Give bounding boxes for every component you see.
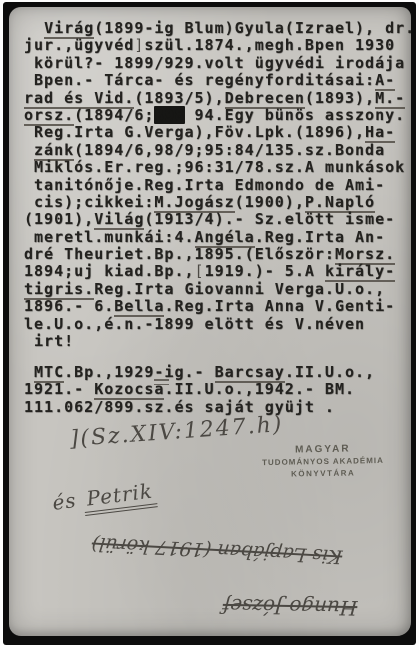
handwritten-shelfmark: ](Sz.XIV:1247.h) xyxy=(69,412,284,452)
typed-line: rad és Vid.(1893/5),Debrecen(1893),M.- xyxy=(24,90,407,107)
handwritten-crossed-note-upside-down: Kis Lapjában (1917 körül) xyxy=(56,531,378,570)
text-segment: 1896.- 6. xyxy=(24,297,114,315)
typed-line: Virág(1899-ig Blum)Gyula(Izrael), dr. xyxy=(24,20,407,37)
typed-line: (1901),Világ(1913/4).- Sz.elött isme- xyxy=(24,211,407,228)
text-segment: 94.Egy bünös asszony. xyxy=(185,106,406,124)
typed-line: irt! xyxy=(24,333,407,350)
text-segment: (1901), xyxy=(24,210,94,228)
catalog-card: Virág(1899-ig Blum)Gyula(Izrael), dr.jur… xyxy=(9,7,411,636)
pencil-equals-mark xyxy=(154,379,169,388)
text-segment: 111.062/899.sz.és saját gyüjt . xyxy=(24,398,335,416)
text-segment: (1900), xyxy=(235,193,305,211)
text-segment: dré Theuriet.Bp.,1895.(Először: xyxy=(24,245,335,263)
text-segment: (1893/5), xyxy=(134,89,224,107)
typed-line: 1921.- Kozocsa.II.U.o.,1942.- BM. xyxy=(24,381,407,398)
text-segment: (1893), xyxy=(305,89,375,107)
typed-line: 1894;uj kiad.Bp.,[1919.)- 5.A király- xyxy=(24,263,407,280)
text-segment: Reg.Irta Giovanni Verga.U.o., xyxy=(94,280,385,298)
text-segment: (1913/4).- Sz.elött isme- xyxy=(144,210,395,228)
text-segment: szül.1874.,megh.Bpen 1930 xyxy=(144,36,395,54)
text-segment: (1899-ig Blum)Gyula(Izrael), dr. xyxy=(94,19,415,37)
text-segment: jur.,ügyvéd xyxy=(24,36,134,54)
crossed-note-text: Kis Lapjában (1917 körül) xyxy=(90,532,343,567)
text-segment: irt! xyxy=(24,332,74,350)
text-segment: körül?- 1899/929.volt ügyvédi irodája xyxy=(24,54,405,72)
typed-line: tanitónője.Reg.Irta Edmondo de Ami- xyxy=(24,177,407,194)
blotted-text-segment: 898 xyxy=(154,106,184,124)
typed-line: Bpen.- Tárca- és regényforditásai:A- xyxy=(24,72,407,89)
typed-line: dré Theuriet.Bp.,1895.(Először:Morsz. xyxy=(24,246,407,263)
typed-text-block-sources: MTC.Bp.,1929-ig.- Barcsay.II.U.o.,1921.-… xyxy=(24,364,407,416)
pencil-mark-segment: [ xyxy=(195,262,205,280)
text-segment: Reg.Irta G.Verga),Föv.Lpk.(1896), xyxy=(24,123,365,141)
pencil-mark-segment: ] xyxy=(134,36,144,54)
text-segment: .Reg.Irta An- xyxy=(255,228,385,246)
text-segment: tanitónője.Reg.Irta Edmondo de Ami- xyxy=(24,176,385,194)
text-segment xyxy=(24,141,34,159)
text-segment: 1894;uj kiad.Bp., xyxy=(24,262,195,280)
typed-line: 1896.- 6.Bella.Reg.Irta Anna V.Genti- xyxy=(24,298,407,315)
text-segment: .Bp.,1929-ig.- xyxy=(64,363,214,381)
typed-text-block-biography: Virág(1899-ig Blum)Gyula(Izrael), dr.jur… xyxy=(24,20,407,350)
petrik-prefix: és xyxy=(51,487,85,515)
text-segment xyxy=(24,19,44,37)
text-segment: meretl.munkái:4. xyxy=(24,228,195,246)
text-segment: .II.U.o.,1942.- BM. xyxy=(164,380,355,398)
petrik-underlined: Petrik xyxy=(82,478,158,516)
text-segment: Bpen.- Tárca- és regényforditásai: xyxy=(24,71,375,89)
typed-line: 111.062/899.sz.és saját gyüjt . xyxy=(24,399,407,416)
shelfmark-text: ](Sz.XIV:1247.h) xyxy=(69,412,284,452)
typed-line: körül?- 1899/929.volt ügyvédi irodája xyxy=(24,55,407,72)
text-segment: (1894/6; xyxy=(74,106,154,124)
stamp-line-3: KÖNYVTÁRA xyxy=(255,467,391,481)
text-segment: .Reg.Irta Anna V.Genti- xyxy=(164,297,395,315)
photo-frame: Virág(1899-ig Blum)Gyula(Izrael), dr.jur… xyxy=(0,0,419,650)
typed-line: meretl.munkái:4.Angéla.Reg.Irta An- xyxy=(24,229,407,246)
handwritten-petrik-note: és Petrik xyxy=(51,478,157,514)
text-segment: Miklós.Er.reg.;96:31/78.sz.A munkások xyxy=(24,158,405,176)
text-segment: le.U.o.,é.n.-1899 elött és V.néven xyxy=(24,315,365,333)
typed-line: Miklós.Er.reg.;96:31/78.sz.A munkások xyxy=(24,159,407,176)
text-segment: 1919.)- 5.A xyxy=(205,262,325,280)
typed-line: MTC.Bp.,1929-ig.- Barcsay.II.U.o., xyxy=(24,364,407,381)
typed-line: Reg.Irta G.Verga),Föv.Lpk.(1896),Ha- xyxy=(24,124,407,141)
handwritten-crossed-signature-upside-down: Hungo József xyxy=(190,593,390,620)
text-segment: (1894/6,98/9;95:84/135.sz.Bonda xyxy=(74,141,385,159)
text-segment: .II.U.o., xyxy=(285,363,375,381)
text-segment: cis);cikkei: xyxy=(24,193,154,211)
text-segment xyxy=(24,363,34,381)
typed-line: jur.,ügyvéd]szül.1874.,megh.Bpen 1930 xyxy=(24,37,407,54)
library-stamp: MAGYAR TUDOMÁNYOS AKADÉMIA KÖNYVTÁRA xyxy=(255,443,392,481)
typed-line: orsz.(1894/6;898 94.Egy bünös asszony. xyxy=(24,107,407,124)
typed-line: zánk(1894/6,98/9;95:84/135.sz.Bonda xyxy=(24,142,407,159)
crossed-signature-text: Hungo József xyxy=(222,594,358,620)
typed-line: cis);cikkei:M.Jogász(1900),P.Napló xyxy=(24,194,407,211)
text-segment: 1921.- xyxy=(24,380,94,398)
typed-line: le.U.o.,é.n.-1899 elött és V.néven xyxy=(24,316,407,333)
typed-line: tigris.Reg.Irta Giovanni Verga.U.o., xyxy=(24,281,407,298)
